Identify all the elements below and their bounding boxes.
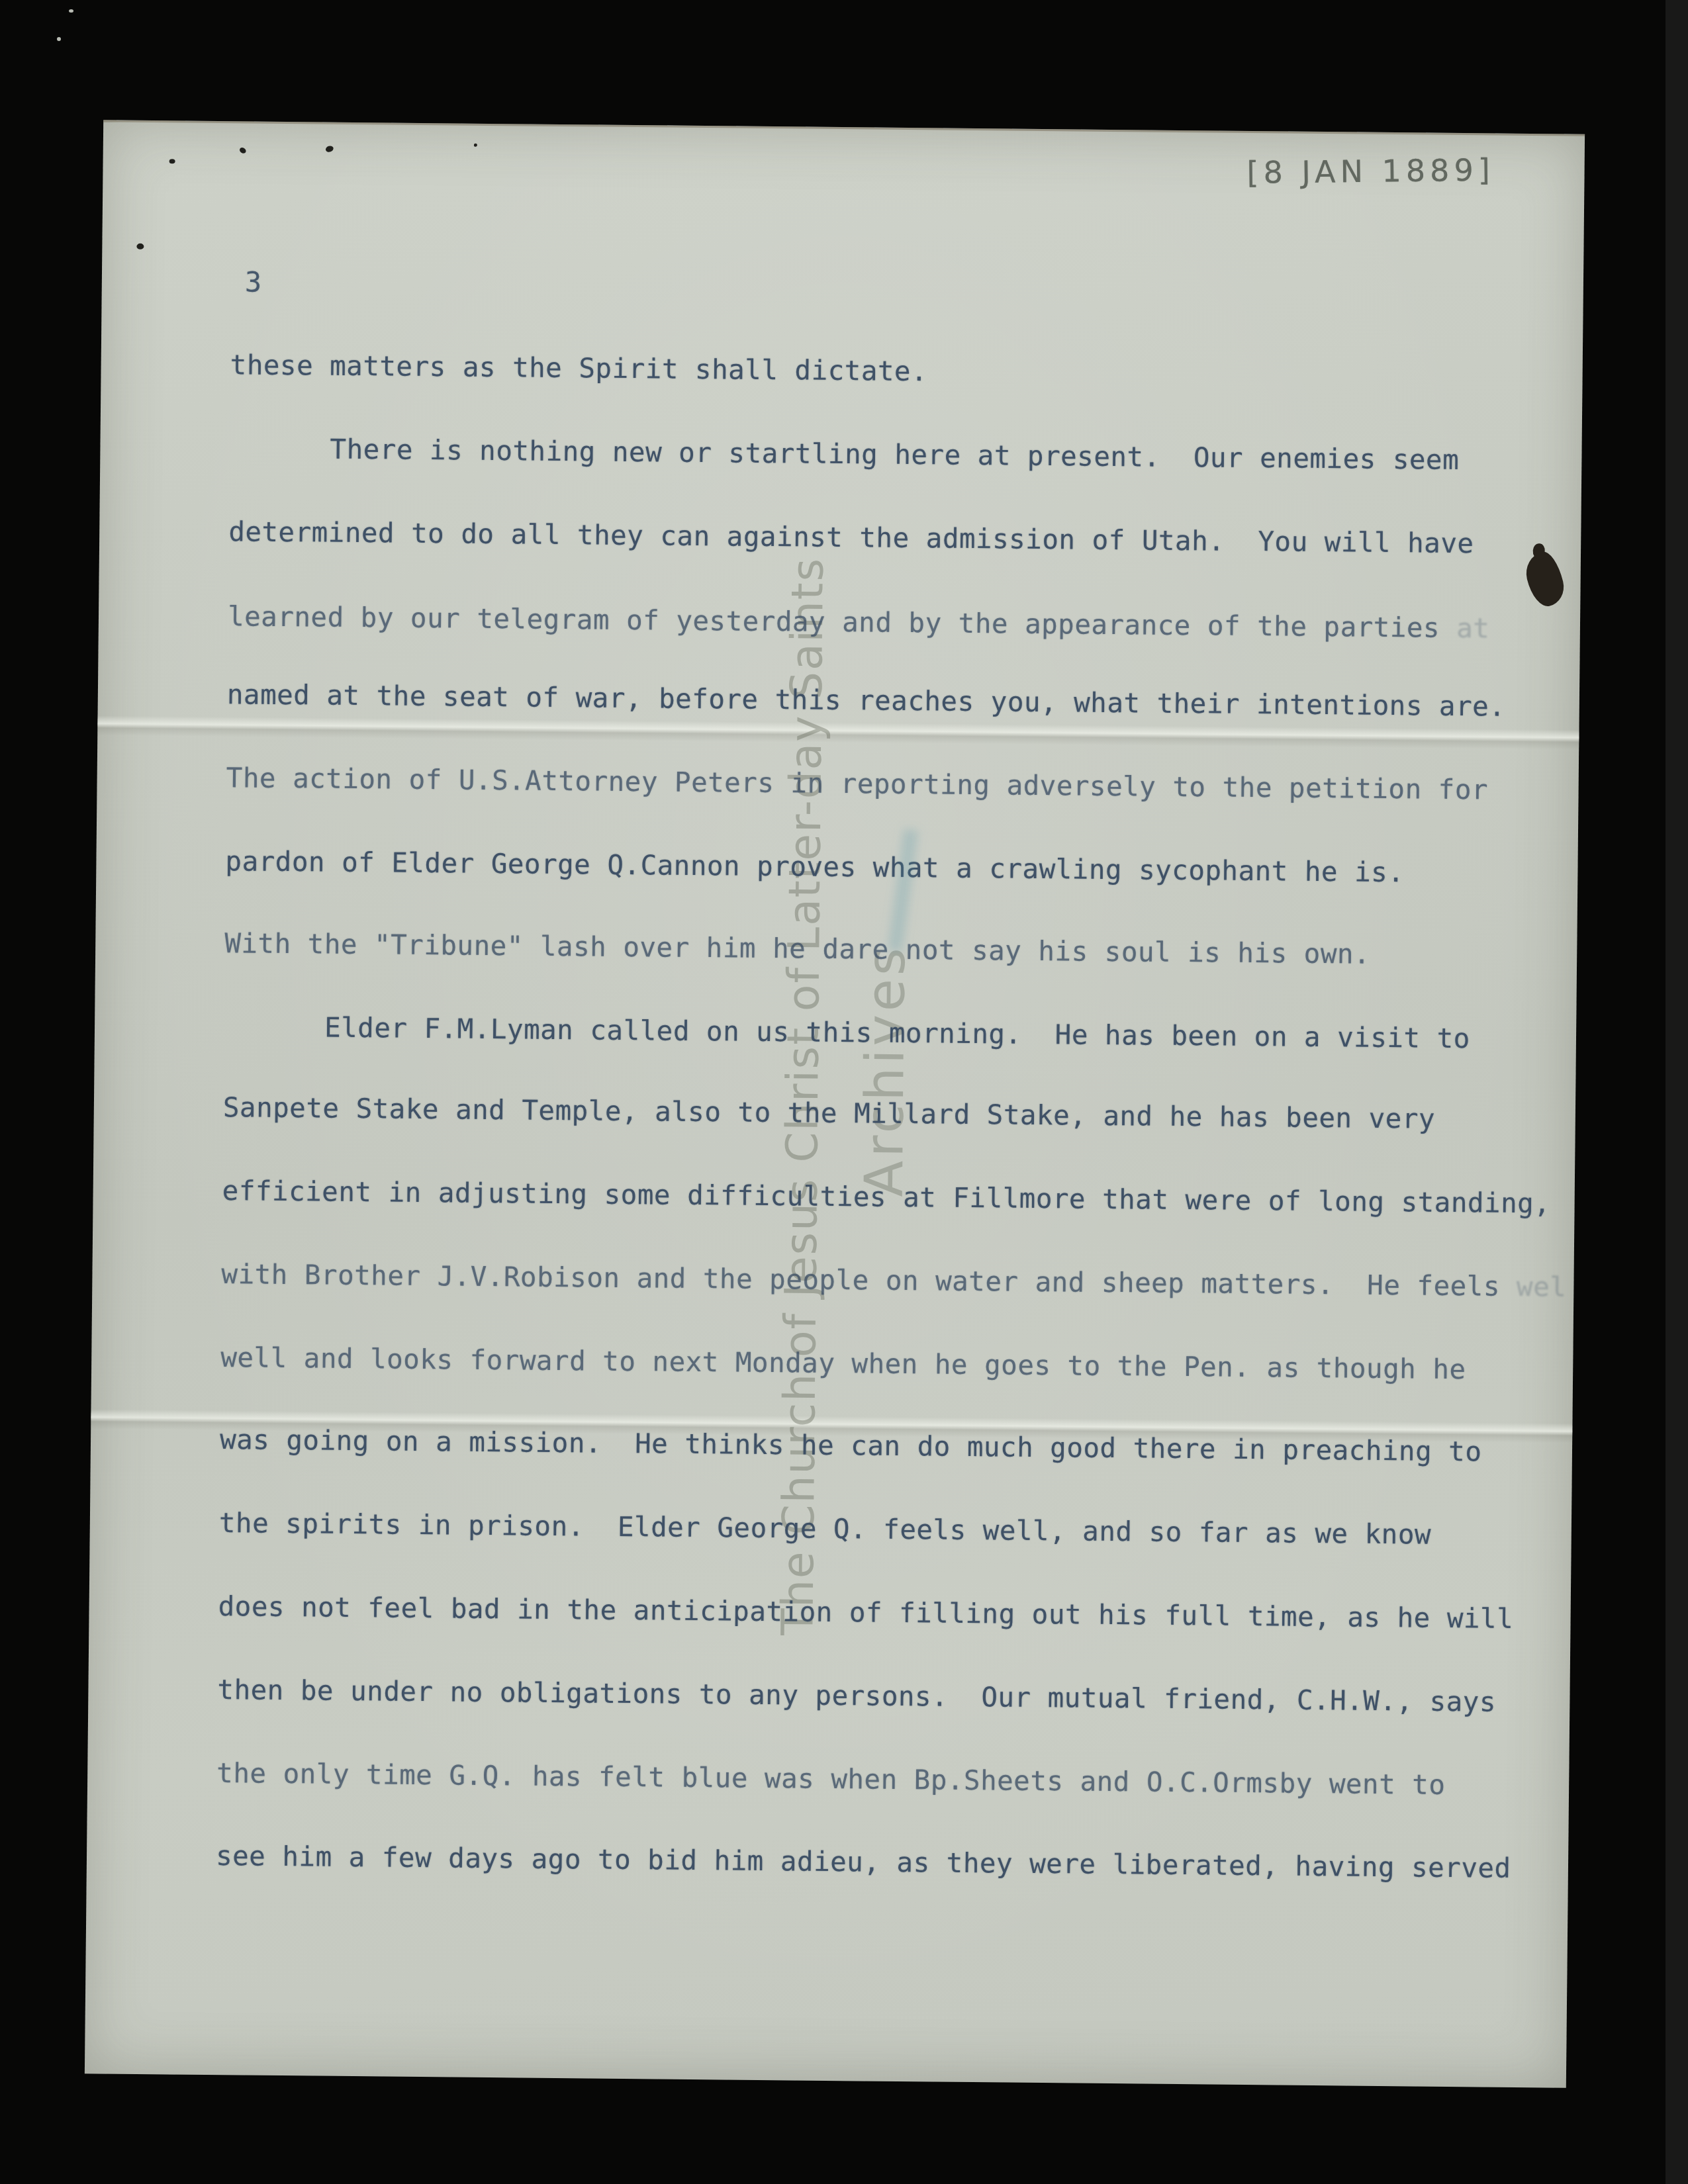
dust-speck [136,244,144,250]
dust-speck [57,37,61,41]
typed-line: determined to do all they can against th… [228,516,1474,559]
typed-line: Elder F.M.Lyman called on us this mornin… [324,1012,1470,1055]
typed-line: these matters as the Spirit shall dictat… [230,349,927,387]
dust-speck [325,145,334,153]
typed-line: the only time G.Q. has felt blue was whe… [216,1757,1446,1801]
typed-line: well and looks forward to next Monday wh… [220,1342,1466,1385]
watermark-archives-text: Archives [853,928,917,1213]
typed-line: with Brother J.V.Robison and the people … [221,1258,1566,1303]
dust-speck [69,9,73,13]
ink-blot [1522,549,1568,610]
page-number: 3 [245,265,262,298]
typed-line: does not feel bad in the anticipation of… [218,1590,1513,1635]
dust-speck [169,159,175,163]
typed-line: see him a few days ago to bid him adieu,… [216,1840,1511,1884]
typed-line: pardon of Elder George Q.Cannon proves w… [225,845,1404,888]
scanner-edge-strip [1665,0,1688,2184]
dust-speck [238,146,247,154]
date-annotation: [8 JAN 1889] [1246,152,1495,191]
typed-line: Sanpete Stake and Temple, also to the Mi… [223,1091,1436,1135]
typed-line: The action of U.S.Attorney Peters in rep… [226,762,1488,805]
typed-line: the spirits in prison. Elder George Q. f… [219,1507,1432,1551]
document-page: The Church of Jesus Christ of Latter-day… [85,120,1585,2087]
typed-line: efficient in adjusting some difficulties… [222,1175,1550,1219]
typed-line: then be under no obligations to any pers… [217,1674,1496,1718]
typed-line: learned by our telegram of yesterday and… [228,600,1490,644]
typed-line: named at the seat of war, before this re… [227,678,1506,723]
typed-line: There is nothing new or startling here a… [330,433,1459,476]
typed-line: With the "Tribune" lash over him he dare… [224,927,1370,970]
dust-speck [474,144,477,147]
